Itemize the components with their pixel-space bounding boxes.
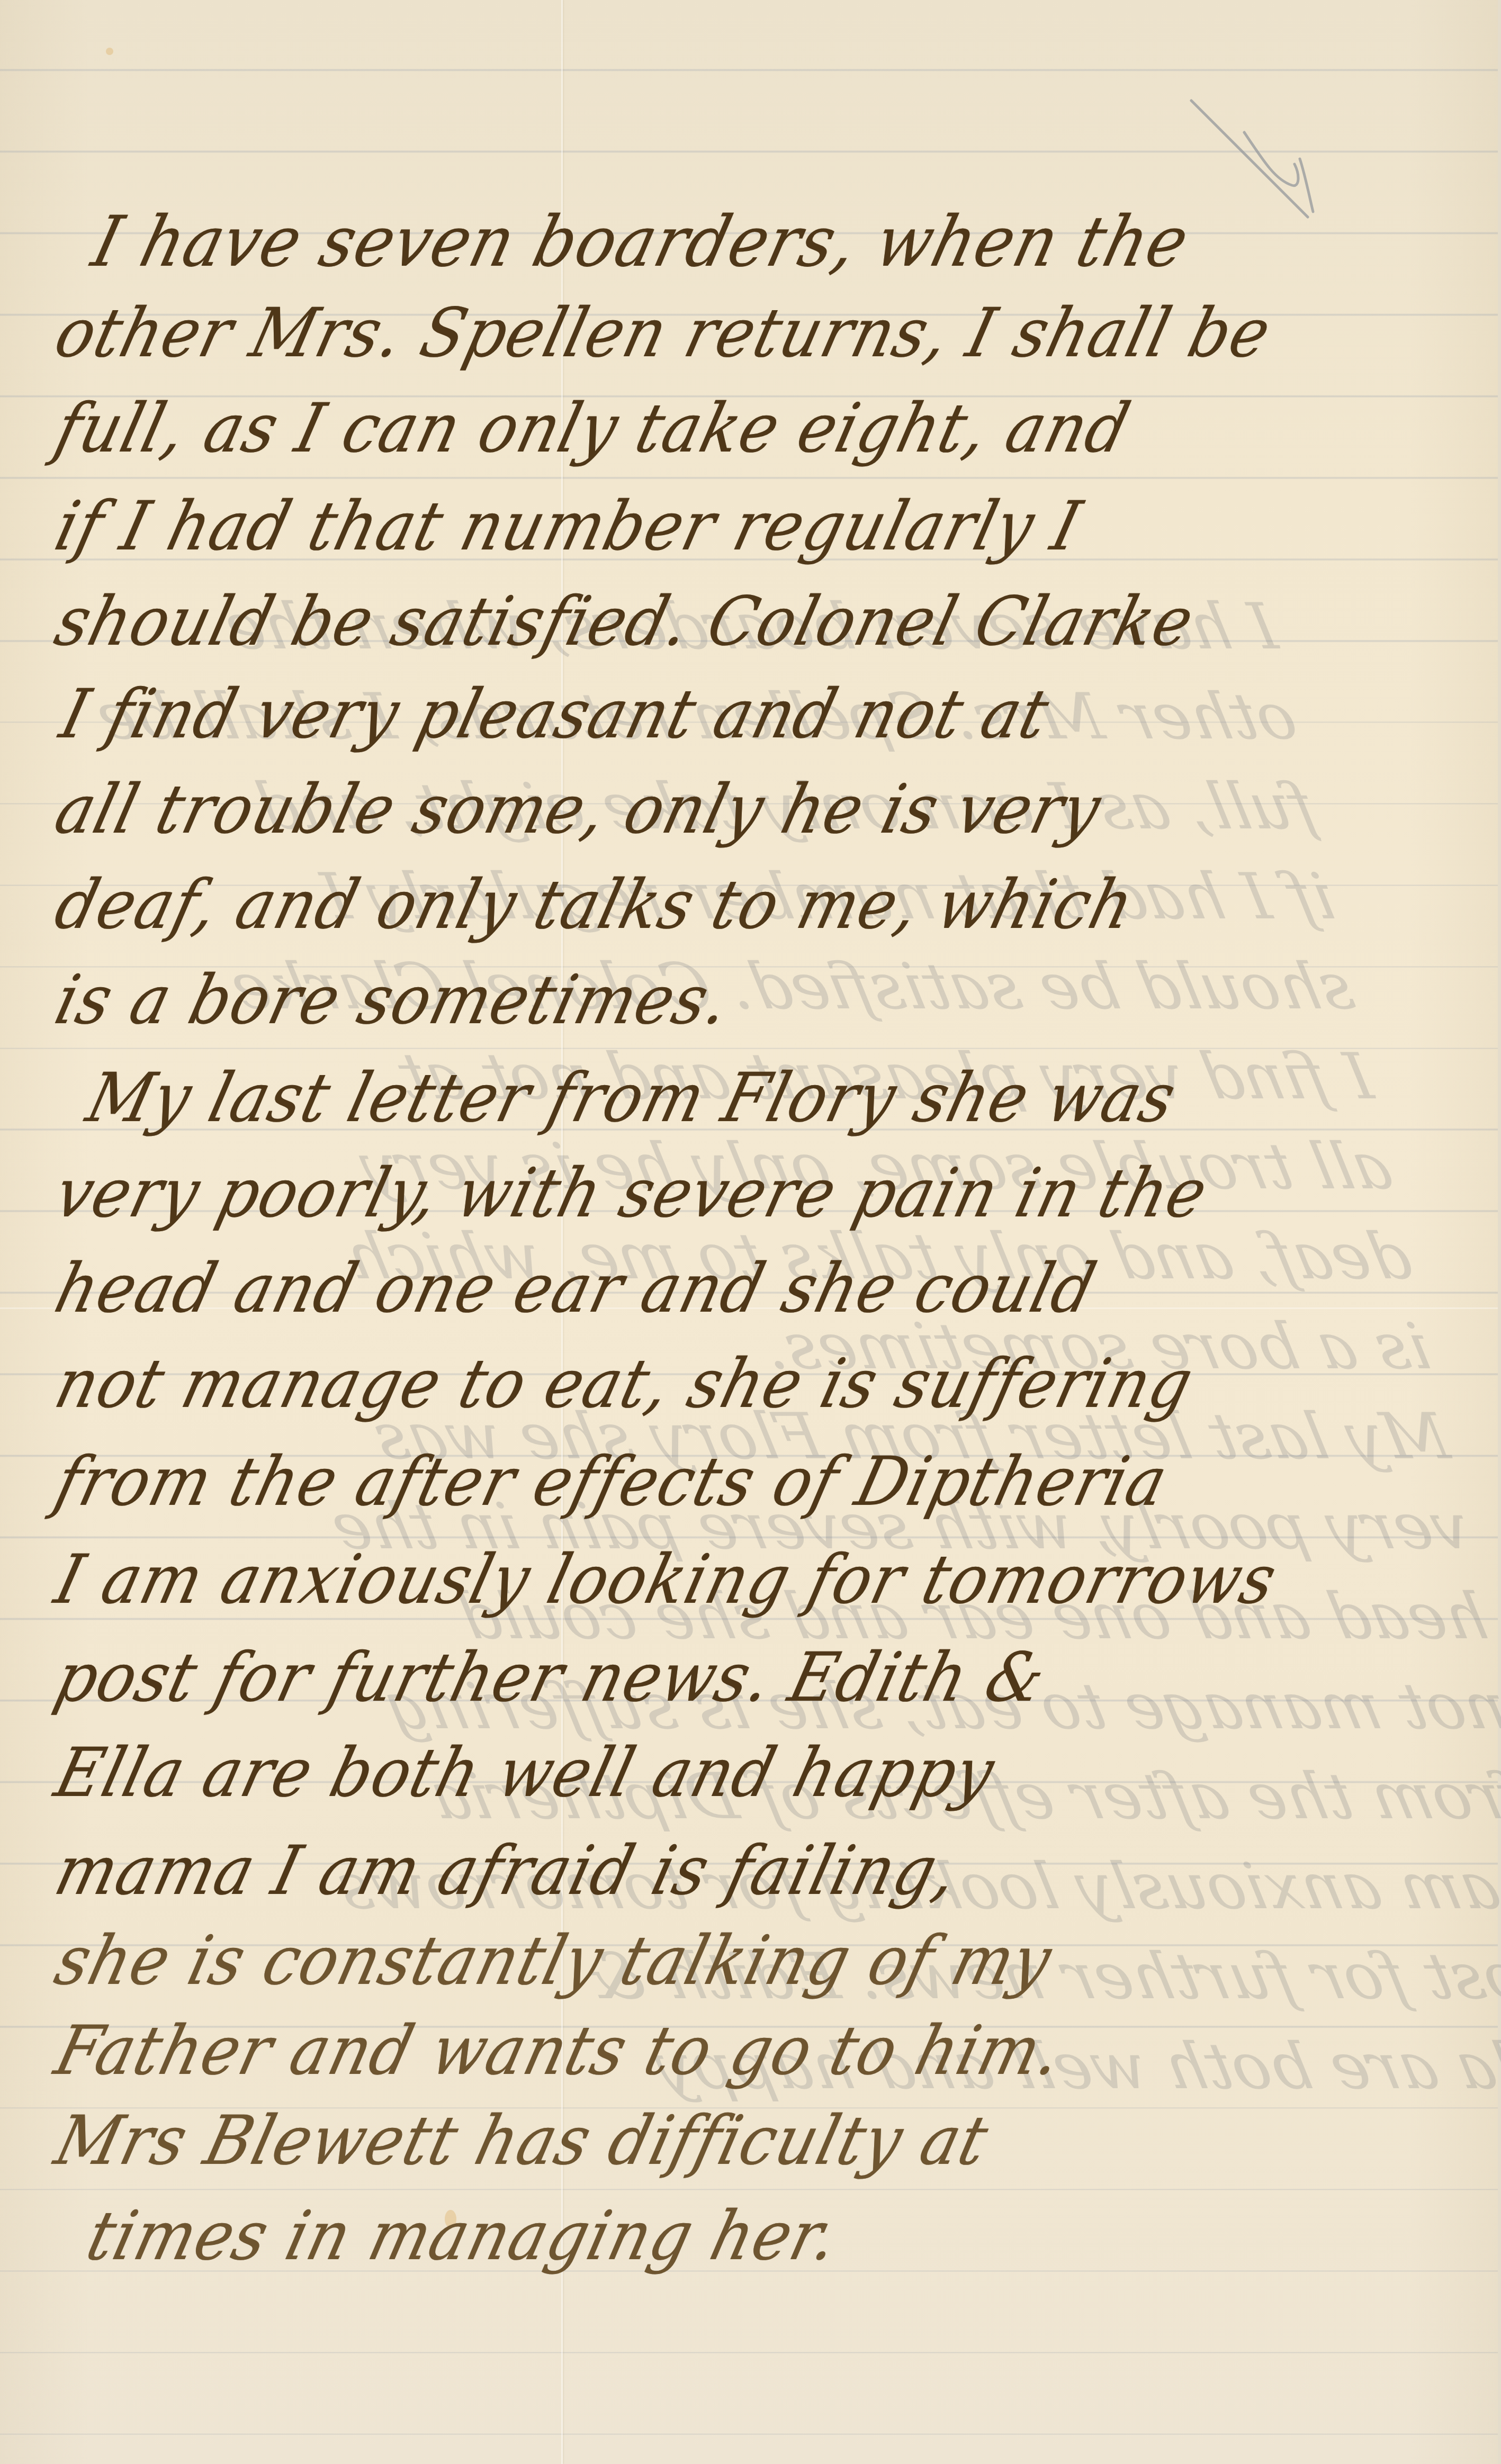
pencil-page-number-icon [1186, 58, 1324, 228]
letter-line: Father and wants to go to him. [48, 2011, 1070, 2090]
letter-line: My last letter from Flory she was [79, 1059, 1184, 1138]
letter-line: other Mrs. Spellen returns, I shall be [48, 294, 1279, 373]
letter-line: I have seven boarders, when the [85, 201, 1197, 283]
letter-line: if I had that number regularly I [48, 487, 1089, 566]
letter-line: head and one ear and she could [48, 1249, 1104, 1328]
letter-line: post for further news. Edith & [48, 1638, 1054, 1717]
letter-line: Ella are both well and happy [48, 1734, 1003, 1812]
letter-line: Mrs Blewett has difficulty at [48, 2101, 996, 2180]
letter-line: is a bore sometimes. [48, 961, 738, 1040]
letter-line: she is constantly talking of my [48, 1921, 1060, 2000]
letter-line: should be satisfied. Colonel Clarke [48, 582, 1202, 661]
letter-line: from the after effects of Diptheria [48, 1442, 1175, 1521]
letter-line: times in managing her. [79, 2197, 847, 2276]
letter-line: full, as I can only take eight, and [48, 389, 1138, 468]
letter-line: mama I am afraid is failing, [48, 1831, 966, 1910]
letter-line: I am anxiously looking for tomorrows [48, 1540, 1284, 1619]
letter-line: all trouble some, only he is very [48, 770, 1109, 849]
letter-line: very poorly, with severe pain in the [48, 1154, 1216, 1233]
letter-page: I have seven boarders, when the other Mr… [0, 0, 1501, 2464]
letter-line: not manage to eat, she is suffering [48, 1344, 1201, 1423]
paper-spot [106, 48, 113, 55]
letter-line: I find very pleasant and not at [53, 675, 1057, 754]
letter-line: deaf, and only talks to me, which [48, 865, 1142, 944]
